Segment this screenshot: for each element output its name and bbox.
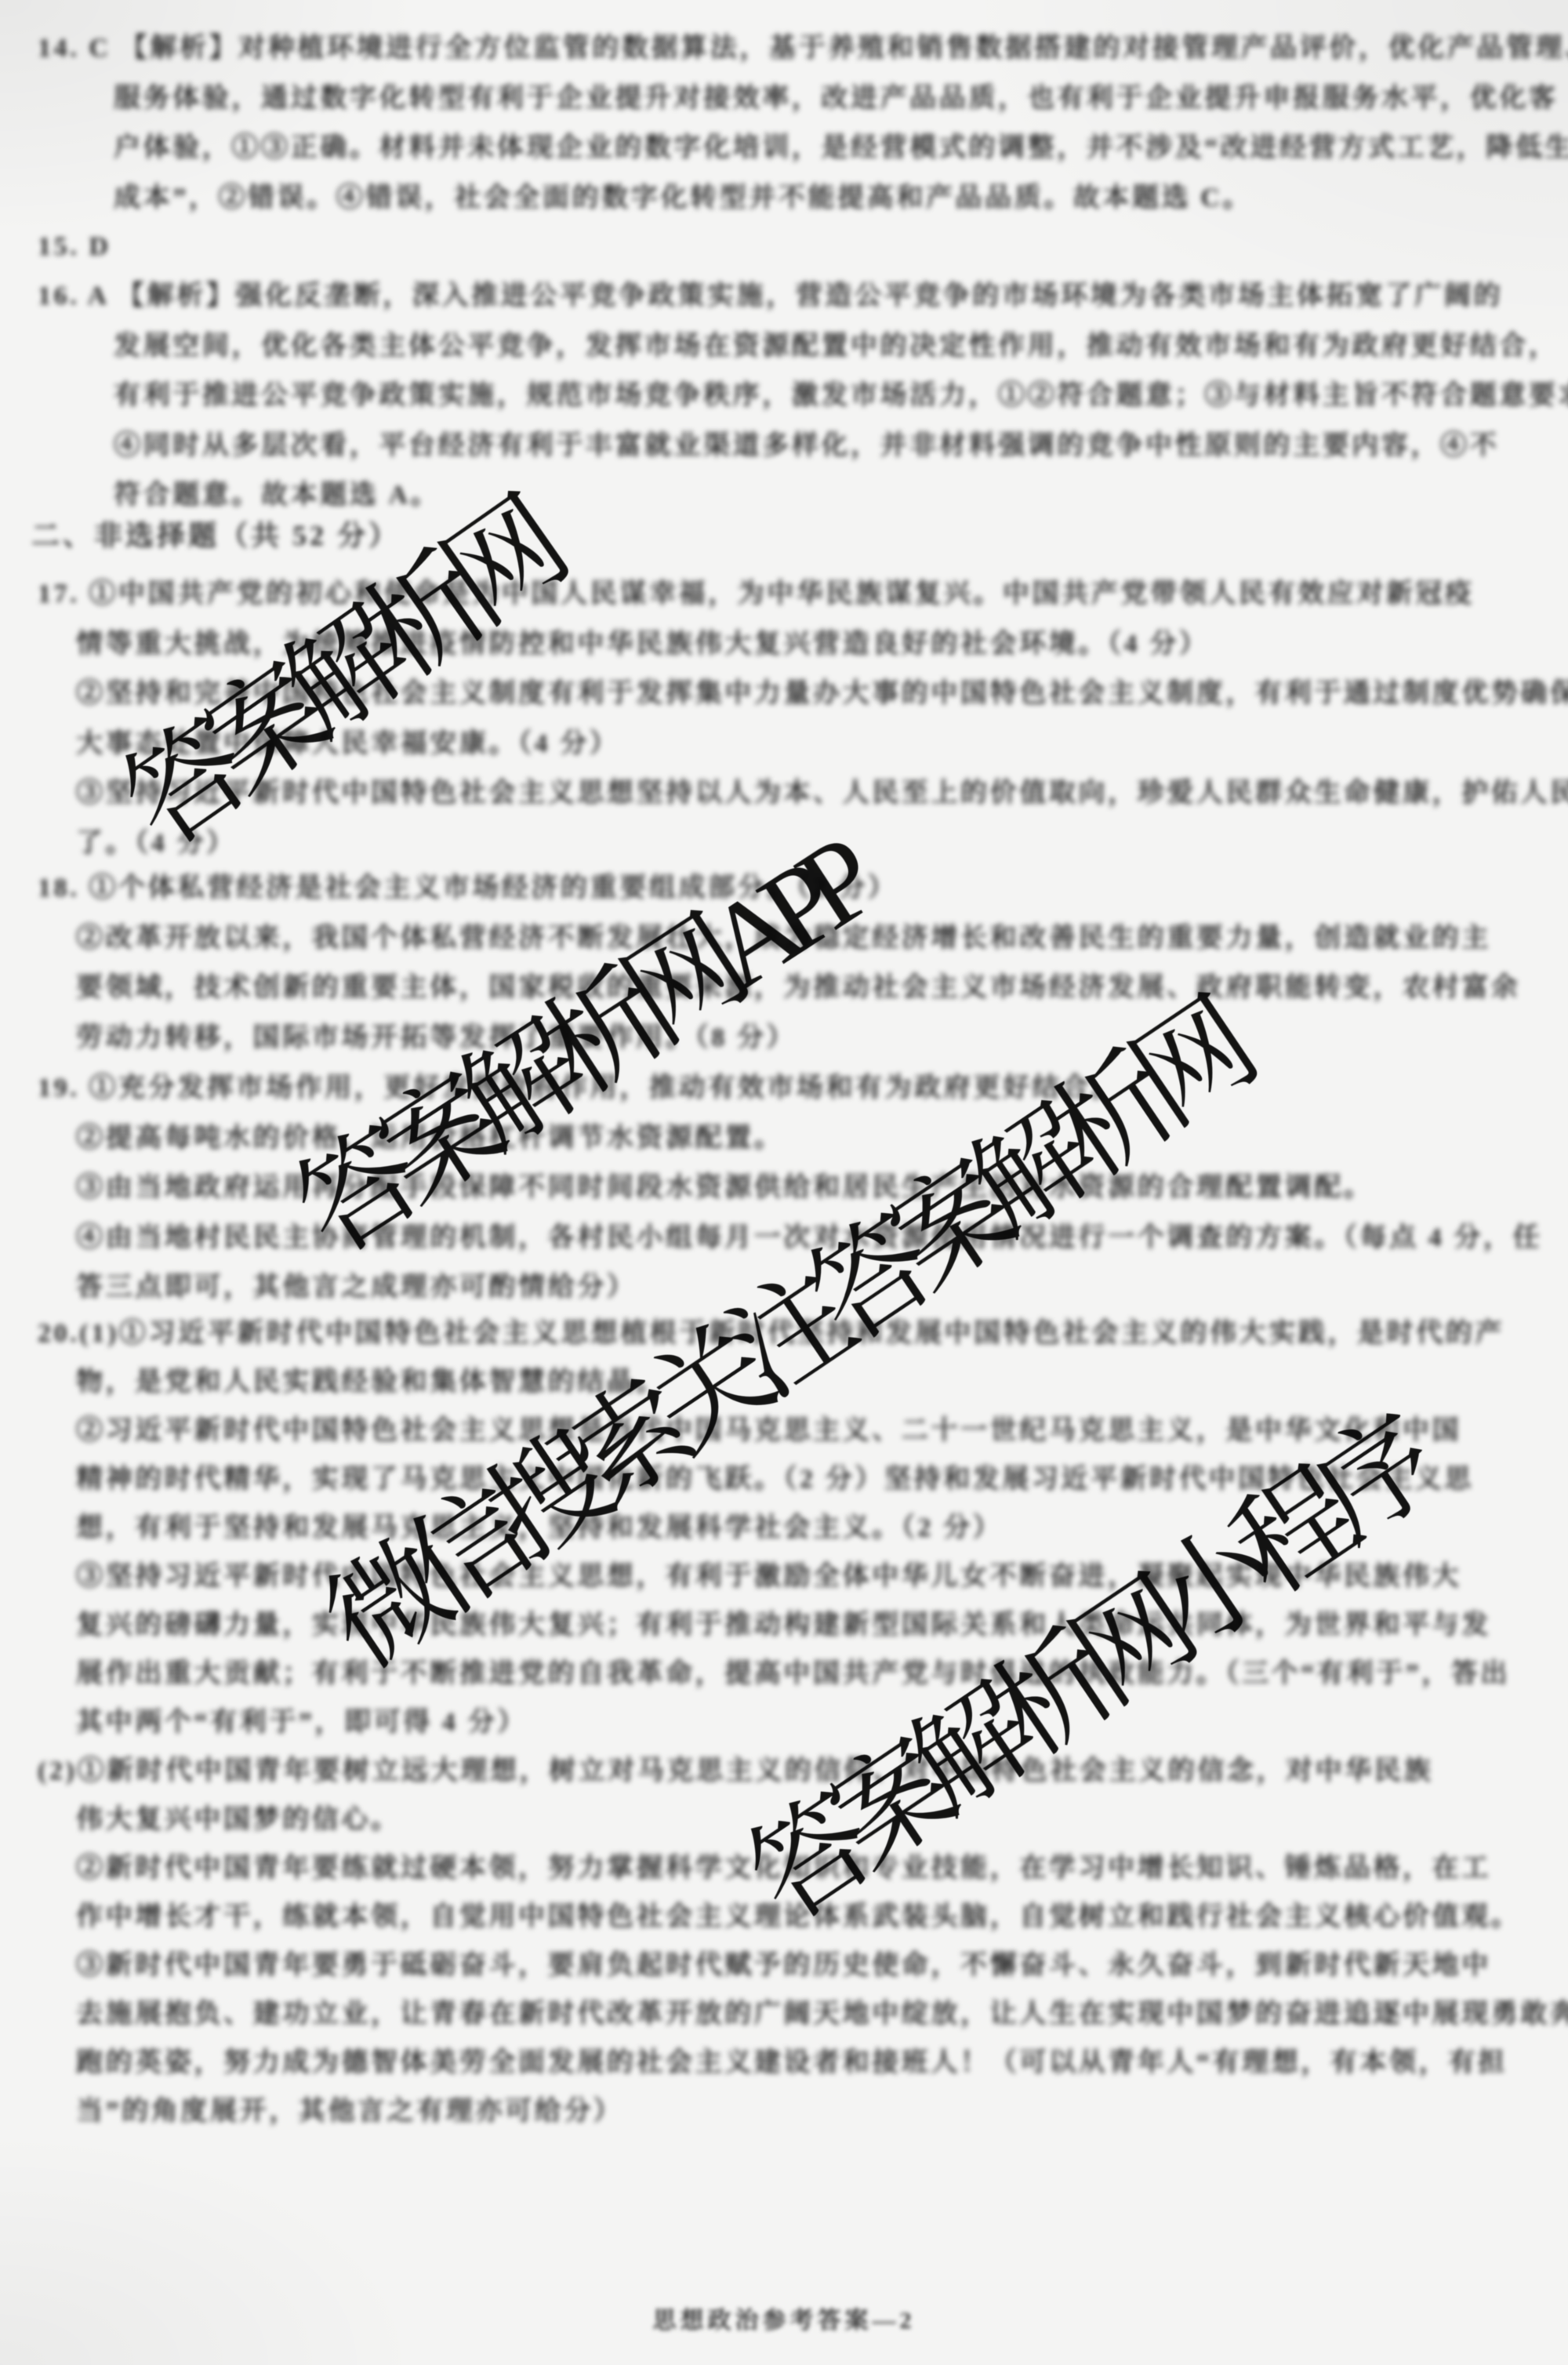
page-footer: 思想政治参考答案—2	[0, 2304, 1568, 2338]
section-heading-title: 二、非选择题	[31, 520, 220, 551]
section-heading: 二、非选择题（共 52 分）	[31, 511, 1568, 561]
answer-16: 16. A 【解析】强化反垄断，深入推进公平竞争政策实施，营造公平竞争的市场环境…	[0, 271, 1568, 521]
scanned-answer-page: 14. C 【解析】对种植环境进行全方位监管的数据算法，基于养殖和销售数据搭建的…	[0, 0, 1568, 2365]
answer-14: 14. C 【解析】对种植环境进行全方位监管的数据算法，基于养殖和销售数据搭建的…	[0, 24, 1568, 223]
section-heading-points: （共 52 分）	[220, 520, 400, 551]
answer-15: 15. D	[0, 222, 1568, 272]
